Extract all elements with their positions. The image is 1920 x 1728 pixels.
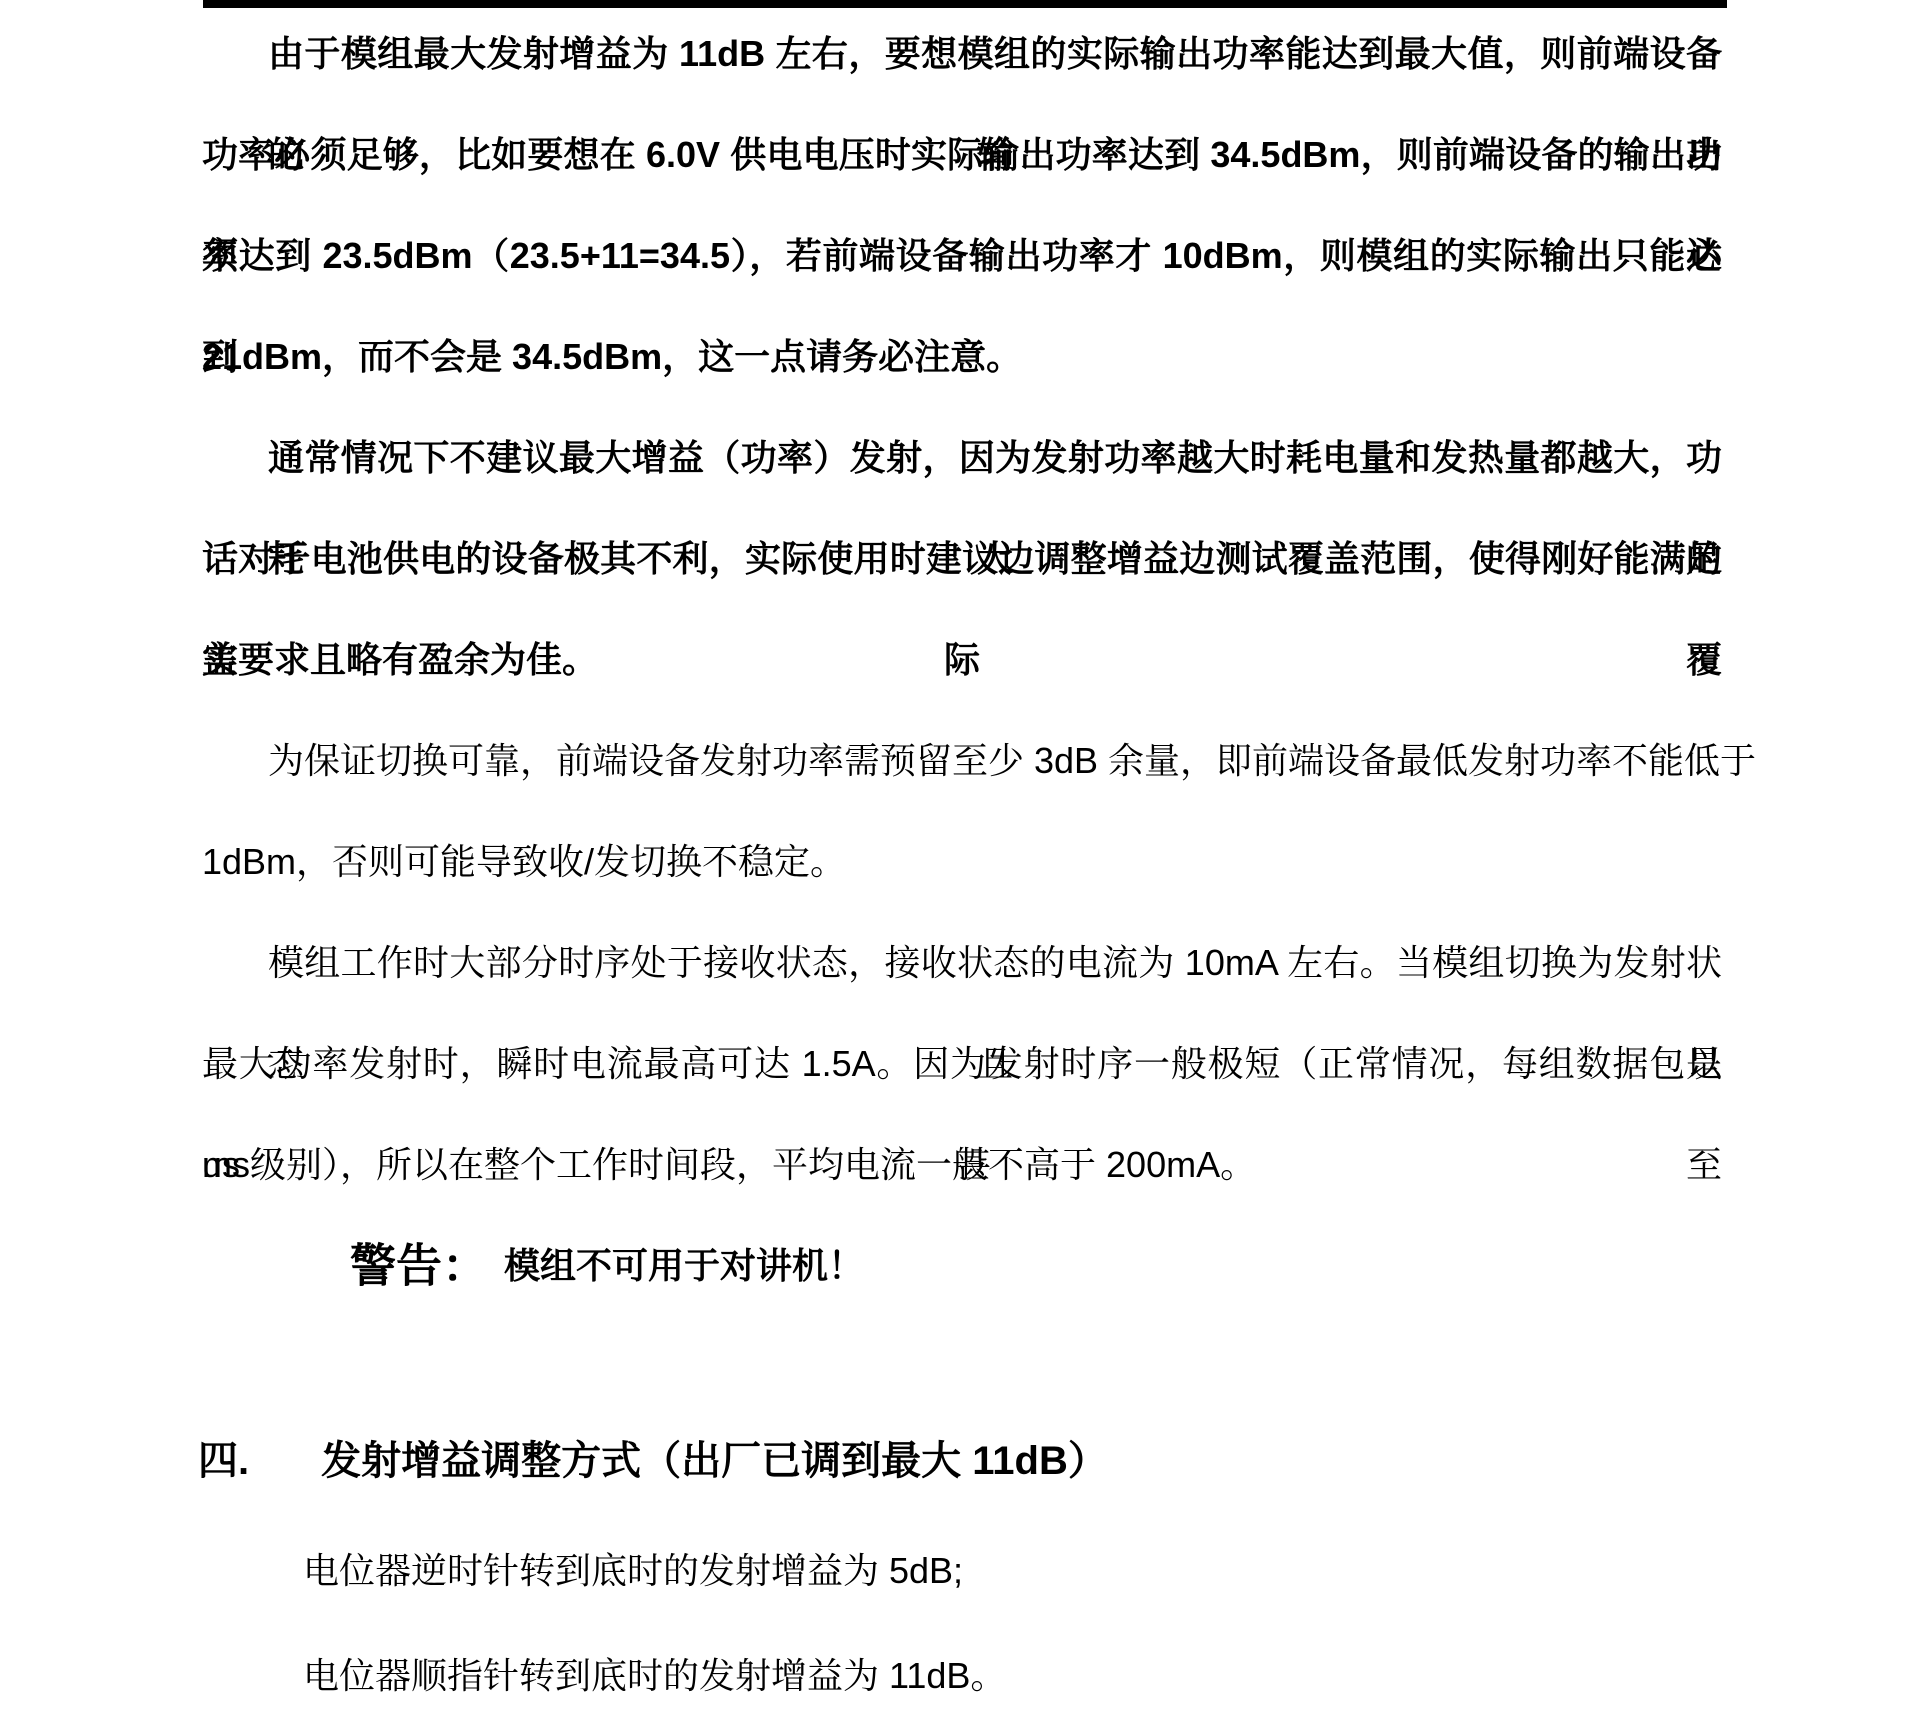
- paragraph-line: 功率必须足够，比如要想在 6.0V 供电电压时实际输出功率达到 34.5dBm，…: [202, 104, 1722, 205]
- paragraph-line: 1dBm，否则可能导致收/发切换不稳定。: [202, 811, 1722, 912]
- section-heading: 四.发射增益调整方式（出厂已调到最大 11dB）: [198, 1437, 1108, 1485]
- gain-note-ccw: 电位器逆时针转到底时的发射增益为 5dB;: [303, 1550, 963, 1592]
- warning-line: 警告：模组不可用于对讲机！: [202, 1215, 1722, 1316]
- warning-text: 模组不可用于对讲机！: [504, 1245, 864, 1286]
- document-page: 由于模组最大发射增益为 11dB 左右，要想模组的实际输出功率能达到最大值，则前…: [0, 0, 1920, 1728]
- paragraph-line: 由于模组最大发射增益为 11dB 左右，要想模组的实际输出功率能达到最大值，则前…: [202, 3, 1722, 104]
- section-title: 发射增益调整方式（出厂已调到最大 11dB）: [321, 1437, 1108, 1485]
- body-text-block: 由于模组最大发射增益为 11dB 左右，要想模组的实际输出功率能达到最大值，则前…: [202, 3, 1722, 1316]
- warning-label: 警告：: [350, 1239, 488, 1291]
- paragraph-line: 通常情况下不建议最大增益（功率）发射，因为发射功率越大时耗电量和发热量都越大，功…: [202, 407, 1722, 508]
- paragraph-line: 最大功率发射时，瞬时电流最高可达 1.5A。因为发射时序一般极短（正常情况，每组…: [202, 1013, 1722, 1114]
- paragraph-line: 模组工作时大部分时序处于接收状态，接收状态的电流为 10mA 左右。当模组切换为…: [202, 912, 1722, 1013]
- paragraph-line: 为保证切换可靠，前端设备发射功率需预留至少 3dB 余量，即前端设备最低发射功率…: [202, 710, 1722, 811]
- paragraph-line: 话对于电池供电的设备极其不利，实际使用时建议边调整增益边测试覆盖范围，使得刚好能…: [202, 508, 1722, 609]
- paragraph-line: 21dBm，而不会是 34.5dBm，这一点请务必注意。: [202, 306, 1722, 407]
- gain-note-cw: 电位器顺指针转到底时的发射增益为 11dB。: [303, 1655, 1006, 1697]
- paragraph-line: 须达到 23.5dBm（23.5+11=34.5），若前端设备输出功率才 10d…: [202, 205, 1722, 306]
- section-number: 四.: [198, 1437, 249, 1485]
